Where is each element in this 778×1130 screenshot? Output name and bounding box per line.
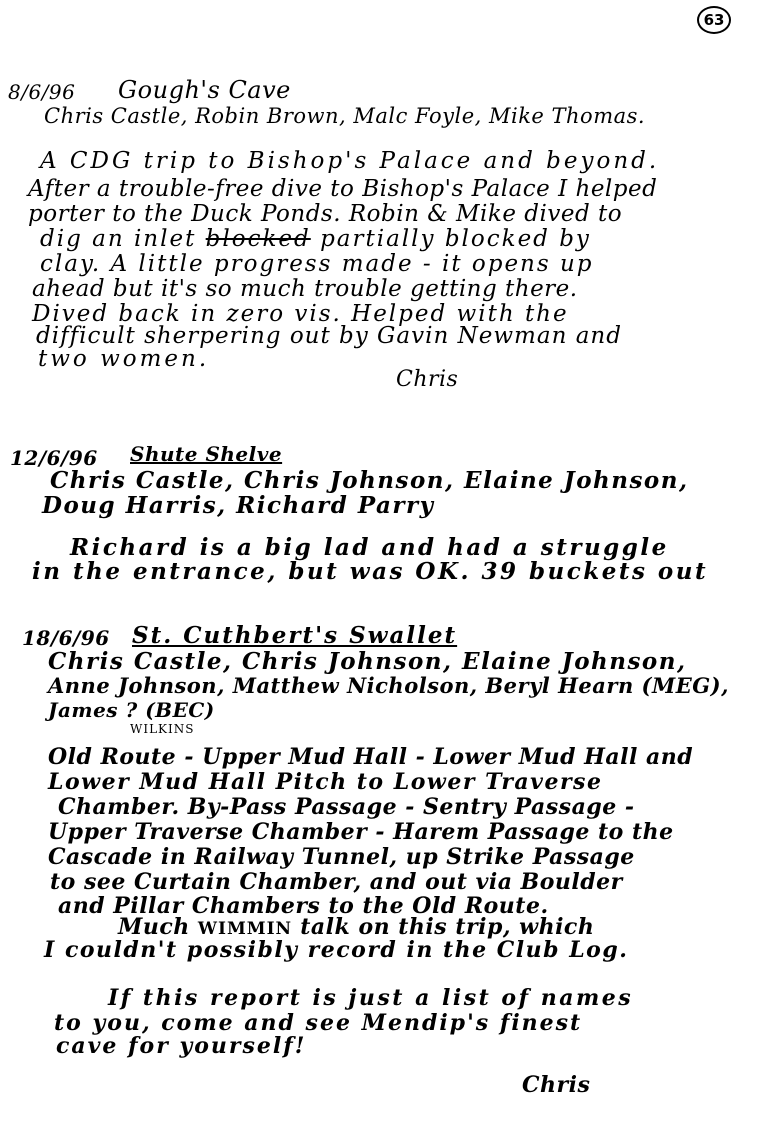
report-line: I couldn't possibly record in the Club L… [44, 937, 628, 963]
page-number: 63 [697, 6, 731, 34]
report-line: clay. A little progress made - it opens … [40, 251, 594, 277]
report-line: two women. [38, 346, 209, 372]
struck-word: blocked [206, 226, 311, 252]
report-line: porter to the Duck Ponds. Robin & Mike d… [28, 201, 622, 227]
report-line: Old Route - Upper Mud Hall - Lower Mud H… [48, 744, 693, 770]
report-line: A CDG trip to Bishop's Palace and beyond… [40, 148, 659, 174]
report-line: Lower Mud Hall Pitch to Lower Traverse [48, 769, 602, 795]
entry-party: Doug Harris, Richard Parry [42, 492, 435, 519]
entry-party: Anne Johnson, Matthew Nicholson, Beryl H… [48, 673, 729, 698]
entry-party: Chris Castle, Chris Johnson, Elaine John… [48, 648, 687, 675]
signature: Chris [396, 367, 458, 392]
entry-party: James ? (BEC) [48, 698, 215, 722]
entry-party: Chris Castle, Robin Brown, Malc Foyle, M… [44, 104, 645, 128]
signature: Chris [522, 1072, 590, 1098]
report-line: Chamber. By-Pass Passage - Sentry Passag… [58, 794, 635, 820]
closing-line: cave for yourself! [56, 1033, 306, 1059]
report-text-caps: WIMMIN [198, 919, 292, 939]
report-line: Upper Traverse Chamber - Harem Passage t… [48, 819, 674, 845]
report-line: dig an inlet blocked partially blocked b… [40, 226, 591, 252]
entry-party: Chris Castle, Chris Johnson, Elaine John… [50, 467, 689, 494]
entry-cave-name: Shute Shelve [130, 442, 282, 466]
report-line: ahead but it's so much trouble getting t… [32, 276, 578, 302]
report-text: partially blocked by [320, 226, 591, 252]
entry-cave-name: Gough's Cave [118, 76, 291, 104]
entry-cave-name: St. Cuthbert's Swallet [132, 622, 457, 649]
report-line: After a trouble-free dive to Bishop's Pa… [28, 176, 657, 202]
report-line: Cascade in Railway Tunnel, up Strike Pas… [48, 844, 635, 870]
annotation-surname: WILKINS [130, 722, 194, 736]
entry-date: 18/6/96 [22, 626, 110, 650]
report-text: dig an inlet [40, 226, 196, 252]
report-line: in the entrance, but was OK. 39 buckets … [32, 558, 708, 585]
report-line: Richard is a big lad and had a struggle [70, 534, 669, 561]
entry-date: 8/6/96 [8, 80, 75, 104]
closing-line: If this report is just a list of names [108, 985, 633, 1011]
report-line: to see Curtain Chamber, and out via Boul… [50, 869, 623, 895]
